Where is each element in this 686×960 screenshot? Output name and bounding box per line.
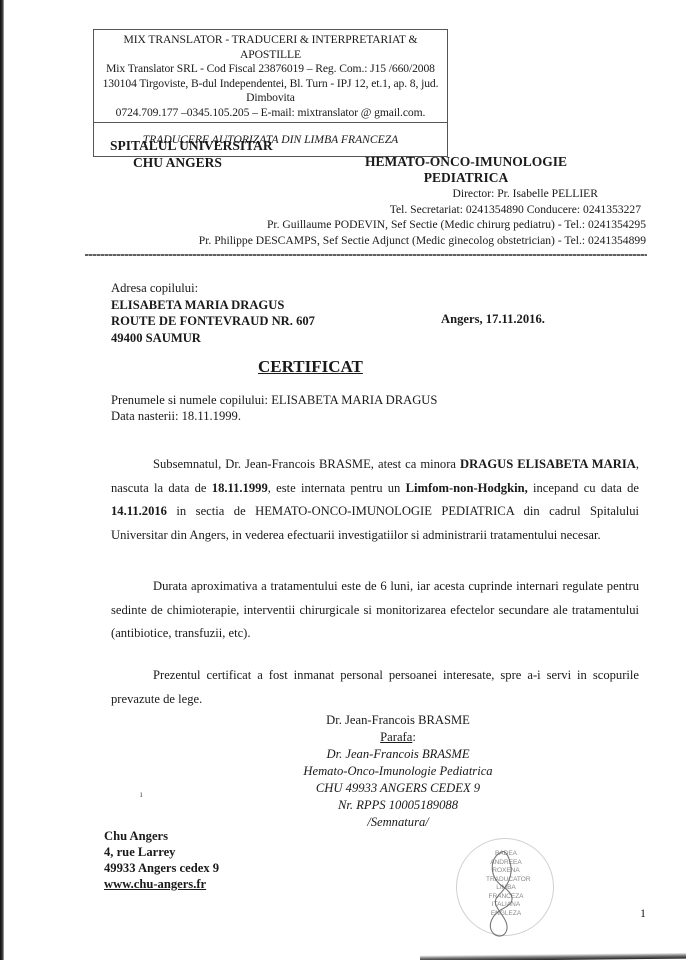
p1-birth-date: 18.11.1999 — [212, 481, 268, 495]
place-date: Angers, 17.11.2016. — [441, 312, 545, 327]
parafa-heading: Parafa: — [254, 729, 542, 746]
child-address: Adresa copilului: ELISABETA MARIA DRAGUS… — [111, 280, 315, 346]
translator-line-1: MIX TRANSLATOR - TRADUCERI & INTERPRETAR… — [94, 33, 447, 62]
signature-note: /Semnatura/ — [254, 814, 542, 831]
child-birth-line: Data nasterii: 18.11.1999. — [111, 408, 437, 424]
p1-text-3: , este internata pentru un — [268, 481, 406, 495]
p1-admission-date: 14.11.2016 — [111, 504, 167, 518]
footer-website-link[interactable]: www.chu-angers.fr — [104, 876, 219, 892]
hospital-footer: Chu Angers 4, rue Larrey 49933 Angers ce… — [104, 828, 219, 892]
signatory-name: Dr. Jean-Francois BRASME — [254, 712, 542, 729]
footer-name: Chu Angers — [104, 828, 219, 844]
p1-text-5: in sectia de HEMATO-ONCO-IMUNOLOGIE PEDI… — [111, 504, 639, 542]
department-name: HEMATO-ONCO-IMUNOLOGIE PEDIATRICA — [330, 154, 602, 186]
scan-mark: ı — [140, 789, 143, 799]
p1-text-4: incepand cu data de — [528, 481, 639, 495]
header-separator — [85, 254, 647, 256]
p1-text-1: Subsemnatul, Dr. Jean-Francois BRASME, a… — [153, 457, 460, 471]
department-name-line-2: PEDIATRICA — [330, 170, 602, 186]
department-contacts: Director: Pr. Isabelle PELLIER Tel. Secr… — [199, 186, 646, 249]
page-number: 1 — [640, 906, 646, 921]
document-title: CERTIFICAT — [258, 357, 363, 377]
address-city: 49400 SAUMUR — [111, 330, 315, 347]
department-phones: Tel. Secretariat: 0241354890 Conducere: … — [199, 202, 646, 218]
scan-edge-left — [0, 0, 4, 960]
paragraph-attestation: Subsemnatul, Dr. Jean-Francois BRASME, a… — [111, 453, 639, 547]
child-name-line: Prenumele si numele copilului: ELISABETA… — [111, 392, 437, 408]
stamp-rpps: Nr. RPPS 10005189088 — [254, 797, 542, 814]
stamp-name: Dr. Jean-Francois BRASME — [254, 746, 542, 763]
address-label: Adresa copilului: — [111, 280, 315, 297]
p1-diagnosis: Limfom-non-Hodgkin, — [406, 481, 528, 495]
stamp-department: Hemato-Onco-Imunologie Pediatrica — [254, 763, 542, 780]
department-chief: Pr. Guillaume PODEVIN, Sef Sectie (Medic… — [199, 217, 646, 233]
signature-block: Dr. Jean-Francois BRASME Parafa: Dr. Jea… — [254, 712, 542, 831]
address-street: ROUTE DE FONTEVRAUD NR. 607 — [111, 313, 315, 330]
paragraph-treatment-duration: Durata aproximativa a tratamentului este… — [111, 575, 639, 646]
footer-street: 4, rue Larrey — [104, 844, 219, 860]
hospital-name-line-1: SPITALUL UNIVERSITAR — [110, 138, 273, 153]
handwritten-signature-icon — [480, 846, 530, 941]
scan-edge-bottom — [420, 953, 686, 960]
translator-line-4: 0724.709.177 –0345.105.205 – E-mail: mix… — [94, 106, 447, 121]
parafa-colon: : — [412, 730, 416, 744]
hospital-name-line-2: CHU ANGERS — [110, 154, 273, 171]
p1-patient-name: DRAGUS ELISABETA MARIA — [460, 457, 636, 471]
stamp-address: CHU 49933 ANGERS CEDEX 9 — [254, 780, 542, 797]
translator-line-2: Mix Translator SRL - Cod Fiscal 23876019… — [94, 62, 447, 77]
translator-company-info: MIX TRANSLATOR - TRADUCERI & INTERPRETAR… — [94, 30, 447, 123]
paragraph-purpose: Prezentul certificat a fost inmanat pers… — [111, 664, 639, 711]
address-name: ELISABETA MARIA DRAGUS — [111, 297, 315, 314]
hospital-name: SPITALUL UNIVERSITAR CHU ANGERS — [110, 137, 273, 171]
footer-city: 49933 Angers cedex 9 — [104, 860, 219, 876]
department-deputy: Pr. Philippe DESCAMPS, Sef Sectie Adjunc… — [199, 233, 646, 249]
translator-line-3: 130104 Tirgoviste, B-dul Independentei, … — [94, 77, 447, 106]
parafa-label: Parafa — [380, 730, 412, 744]
department-name-line-1: HEMATO-ONCO-IMUNOLOGIE — [330, 154, 602, 170]
department-director: Director: Pr. Isabelle PELLIER — [199, 186, 646, 202]
child-info: Prenumele si numele copilului: ELISABETA… — [111, 392, 437, 424]
